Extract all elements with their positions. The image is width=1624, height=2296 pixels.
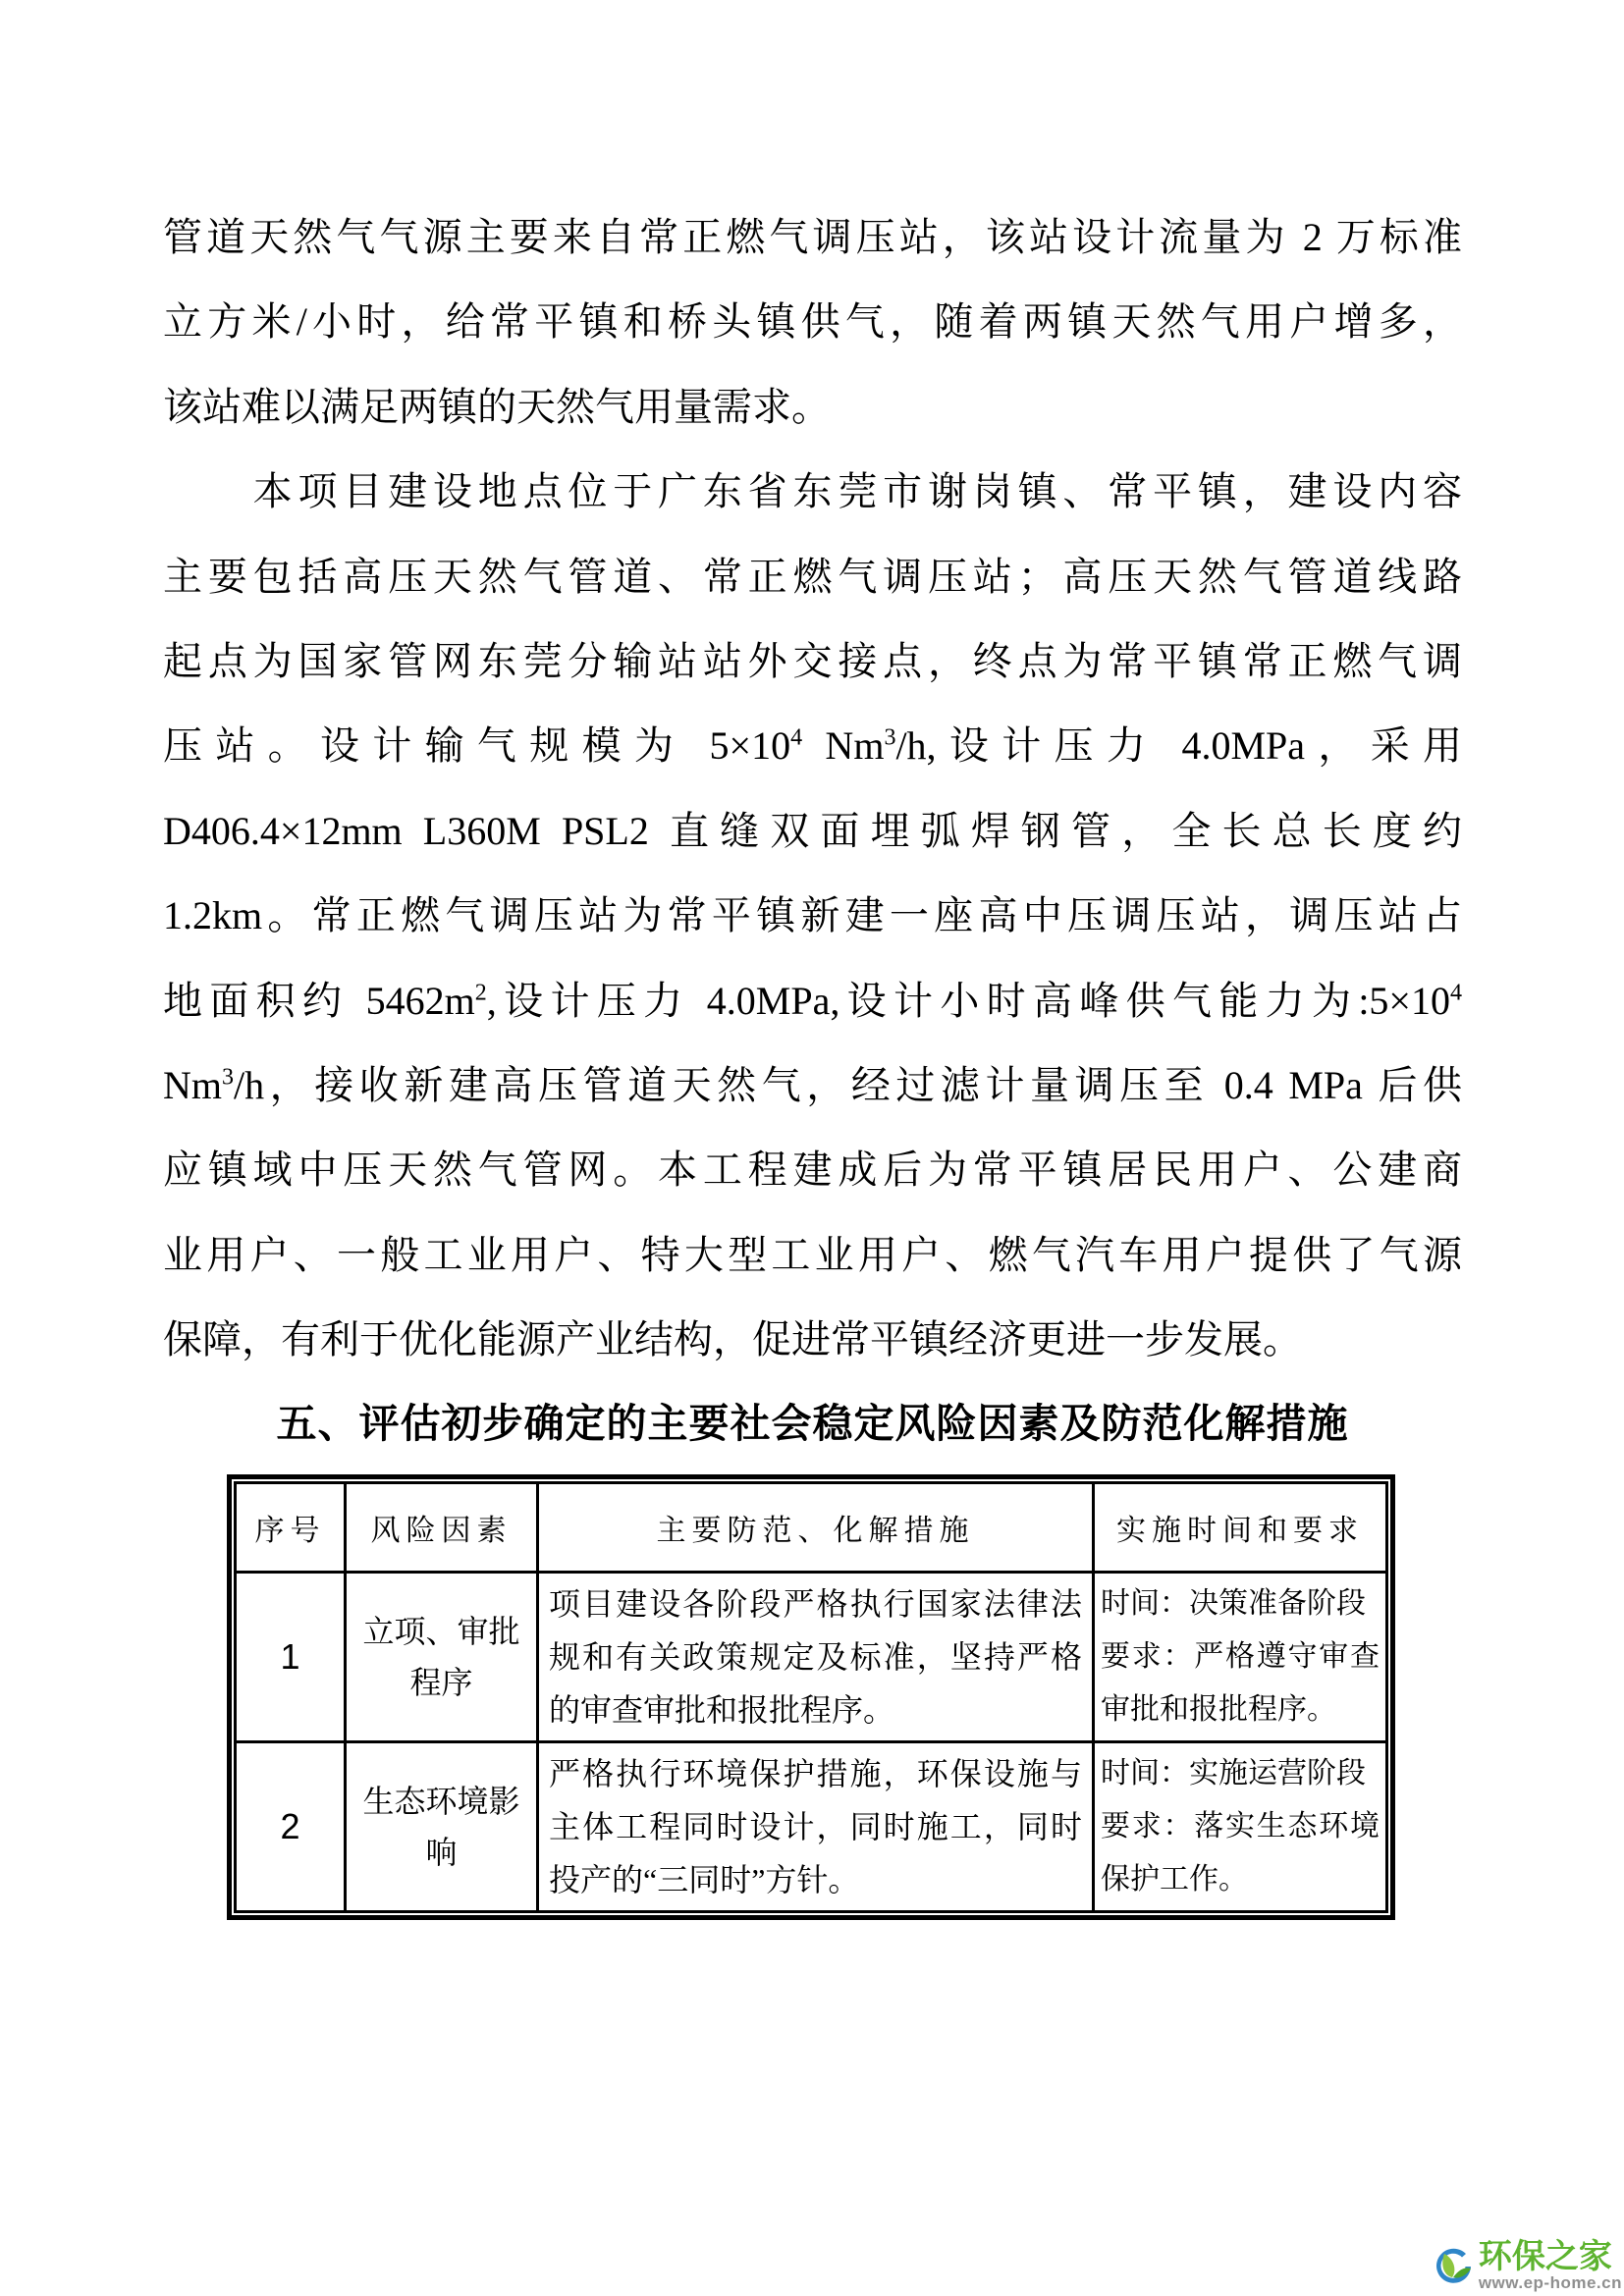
text-line: 压站。设计输气规模为 5×104 Nm3/h,设计压力 4.0MPa，采用 xyxy=(163,704,1462,788)
text-segment: 保障，有利于优化能源产业结构，促进常平镇经济更进一步发展。 xyxy=(163,1317,1302,1362)
cell-timing: 时间：实施运营阶段 要求：落实生态环境保护工作。 xyxy=(1094,1742,1387,1912)
text-line: 主要包括高压天然气管道、常正燃气调压站；高压天然气管道线路 xyxy=(163,535,1462,619)
cell-no: 1 xyxy=(236,1573,346,1742)
risk-table-wrapper: 序号 风险因素 主要防范、化解措施 实施时间和要求 1 立项、审批程序 项目建设… xyxy=(227,1474,1395,1920)
superscript: 4 xyxy=(790,725,802,751)
timing-req: 要求：落实生态环境保护工作。 xyxy=(1101,1800,1380,1906)
text-segment: 本项目建设地点位于广东省东莞市谢岗镇、常平镇，建设内容 xyxy=(163,469,1462,513)
ep-home-logo-icon xyxy=(1432,2245,1475,2288)
cell-measures: 项目建设各阶段严格执行国家法律法规和有关政策规定及标准，坚持严格的审查审批和报批… xyxy=(538,1573,1094,1742)
col-header-factor: 风险因素 xyxy=(346,1483,538,1573)
text-segment: 地面积约 5462m xyxy=(163,979,475,1023)
text-line: 应镇域中压天然气管网。本工程建成后为常平镇居民用户、公建商 xyxy=(163,1128,1462,1212)
text-segment: D406.4×12mm L360M PSL2 直缝双面埋弧焊钢管，全长总长度约 xyxy=(163,809,1462,853)
timing-time: 时间：决策准备阶段 xyxy=(1101,1577,1380,1630)
text-line: 业用户、一般工业用户、特大型工业用户、燃气汽车用户提供了气源 xyxy=(163,1213,1462,1298)
text-line: 该站难以满足两镇的天然气用量需求。 xyxy=(163,365,1462,450)
text-line: Nm3/h，接收新建高压管道天然气，经过滤计量调压至 0.4 MPa 后供 xyxy=(163,1043,1462,1128)
timing-req: 要求：严格遵守审查审批和报批程序。 xyxy=(1101,1630,1380,1736)
text-segment: Nm xyxy=(802,723,884,768)
text-segment: ,设计压力 4.0MPa,设计小时高峰供气能力为:5×10 xyxy=(487,979,1450,1023)
col-header-measures: 主要防范、化解措施 xyxy=(538,1483,1094,1573)
cell-no: 2 xyxy=(236,1742,346,1912)
risk-table: 序号 风险因素 主要防范、化解措施 实施时间和要求 1 立项、审批程序 项目建设… xyxy=(234,1481,1388,1913)
text-segment: 该站难以满足两镇的天然气用量需求。 xyxy=(163,385,831,429)
text-segment: /h,设计压力 4.0MPa，采用 xyxy=(895,723,1462,768)
text-segment: 立方米/小时，给常平镇和桥头镇供气，随着两镇天然气用户增多， xyxy=(163,299,1462,344)
watermark-brand: 环保之家 xyxy=(1479,2240,1612,2273)
text-segment: Nm xyxy=(163,1063,222,1107)
text-line: 立方米/小时，给常平镇和桥头镇供气，随着两镇天然气用户增多， xyxy=(163,280,1462,364)
body-text: 管道天然气气源主要来自常正燃气调压站，该站设计流量为 2 万标准立方米/小时，给… xyxy=(163,195,1462,1382)
superscript: 3 xyxy=(884,725,895,751)
superscript: 4 xyxy=(1450,980,1462,1005)
table-row: 2 生态环境影响 严格执行环境保护措施，环保设施与主体工程同时设计，同时施工，同… xyxy=(236,1742,1387,1912)
cell-timing: 时间：决策准备阶段 要求：严格遵守审查审批和报批程序。 xyxy=(1094,1573,1387,1742)
superscript: 2 xyxy=(475,980,487,1005)
text-line: D406.4×12mm L360M PSL2 直缝双面埋弧焊钢管，全长总长度约 xyxy=(163,789,1462,874)
text-segment: 主要包括高压天然气管道、常正燃气调压站；高压天然气管道线路 xyxy=(163,555,1462,599)
text-segment: 压站。设计输气规模为 5×10 xyxy=(163,723,790,768)
col-header-timing: 实施时间和要求 xyxy=(1094,1483,1387,1573)
watermark-url: www.ep-home.cn xyxy=(1479,2273,1622,2292)
text-line: 保障，有利于优化能源产业结构，促进常平镇经济更进一步发展。 xyxy=(163,1298,1462,1382)
text-segment: 1.2km。常正燃气调压站为常平镇新建一座高中压调压站，调压站占 xyxy=(163,893,1462,937)
text-segment: 起点为国家管网东莞分输站站外交接点，终点为常平镇常正燃气调 xyxy=(163,639,1462,683)
text-line: 管道天然气气源主要来自常正燃气调压站，该站设计流量为 2 万标准 xyxy=(163,195,1462,280)
text-line: 本项目建设地点位于广东省东莞市谢岗镇、常平镇，建设内容 xyxy=(163,450,1462,534)
section-heading: 五、评估初步确定的主要社会稳定风险因素及防范化解措施 xyxy=(163,1394,1462,1453)
site-watermark: 环保之家 www.ep-home.cn xyxy=(1432,2240,1622,2292)
col-header-no: 序号 xyxy=(236,1483,346,1573)
superscript: 3 xyxy=(222,1065,234,1091)
text-segment: 业用户、一般工业用户、特大型工业用户、燃气汽车用户提供了气源 xyxy=(163,1233,1462,1277)
table-row: 1 立项、审批程序 项目建设各阶段严格执行国家法律法规和有关政策规定及标准，坚持… xyxy=(236,1573,1387,1742)
text-segment: 应镇域中压天然气管网。本工程建成后为常平镇居民用户、公建商 xyxy=(163,1148,1462,1192)
timing-time: 时间：实施运营阶段 xyxy=(1101,1747,1380,1800)
watermark-text: 环保之家 www.ep-home.cn xyxy=(1479,2240,1622,2292)
table-header-row: 序号 风险因素 主要防范、化解措施 实施时间和要求 xyxy=(236,1483,1387,1573)
cell-factor: 立项、审批程序 xyxy=(346,1573,538,1742)
text-line: 地面积约 5462m2,设计压力 4.0MPa,设计小时高峰供气能力为:5×10… xyxy=(163,959,1462,1043)
cell-factor: 生态环境影响 xyxy=(346,1742,538,1912)
text-segment: /h，接收新建高压管道天然气，经过滤计量调压至 0.4 MPa 后供 xyxy=(234,1063,1462,1107)
text-segment: 管道天然气气源主要来自常正燃气调压站，该站设计流量为 2 万标准 xyxy=(163,215,1462,259)
text-line: 1.2km。常正燃气调压站为常平镇新建一座高中压调压站，调压站占 xyxy=(163,874,1462,958)
cell-measures: 严格执行环境保护措施，环保设施与主体工程同时设计，同时施工，同时投产的“三同时”… xyxy=(538,1742,1094,1912)
text-line: 起点为国家管网东莞分输站站外交接点，终点为常平镇常正燃气调 xyxy=(163,619,1462,704)
document-page: 管道天然气气源主要来自常正燃气调压站，该站设计流量为 2 万标准立方米/小时，给… xyxy=(0,0,1624,2296)
